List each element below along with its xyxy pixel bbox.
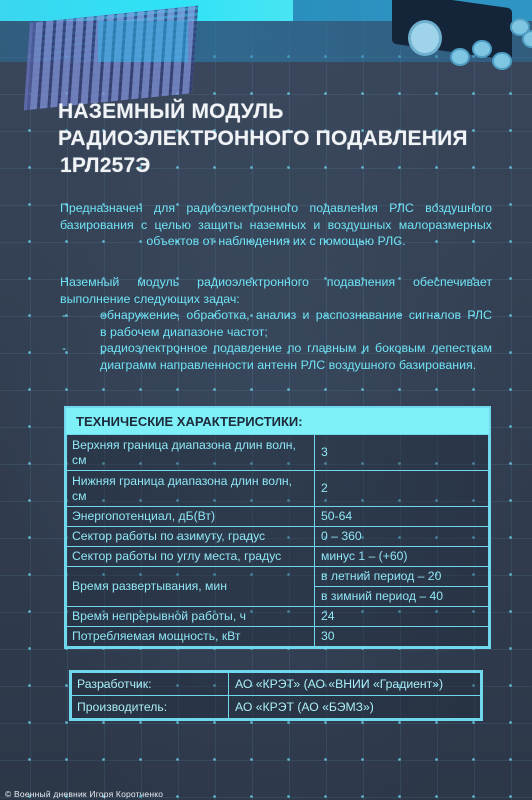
spec-label: Сектор работы по азимуту, градус <box>67 527 315 547</box>
spec-value: 3 <box>315 435 489 471</box>
table-row: Производитель: АО «КРЭТ (АО «БЭМЗ») <box>72 696 481 719</box>
table-row: Сектор работы по углу места, градус мину… <box>67 547 489 567</box>
organizations-table: Разработчик: АО «КРЭТ» (АО «ВНИИ «Градие… <box>69 670 483 721</box>
spec-value: 50-64 <box>315 507 489 527</box>
spec-value: 24 <box>315 607 489 627</box>
spec-value: 30 <box>315 627 489 647</box>
page-title: НАЗЕМНЫЙ МОДУЛЬ РАДИОЭЛЕКТРОННОГО ПОДАВЛ… <box>58 98 468 179</box>
spec-value: 0 – 360 <box>315 527 489 547</box>
task-item: - обнаружение, обработка, анализ и распо… <box>60 307 492 340</box>
task-item: - радиоэлектронное подавление по главным… <box>60 340 492 373</box>
description-paragraph: Предназначен для радиоэлектронного подав… <box>60 200 492 250</box>
specifications-table: ТЕХНИЧЕСКИЕ ХАРАКТЕРИСТИКИ: Верхняя гран… <box>64 406 491 649</box>
table-row: Сектор работы по азимуту, градус 0 – 360 <box>67 527 489 547</box>
org-label: Производитель: <box>72 696 229 719</box>
spec-label: Нижняя граница диапазона длин волн, см <box>67 471 315 507</box>
spec-label: Верхняя граница диапазона длин волн, см <box>67 435 315 471</box>
org-value: АО «КРЭТ» (АО «ВНИИ «Градиент») <box>229 673 481 696</box>
spec-label: Время непрерывной работы, ч <box>67 607 315 627</box>
tasks-intro-line: Наземный модуль радиоэлектронного подавл… <box>60 274 492 291</box>
spec-label: Время развертывания, мин <box>67 567 315 607</box>
table-row: Энергопотенциал, дБ(Вт) 50-64 <box>67 507 489 527</box>
task-item-line: обнаружение, обработка, анализ и распозн… <box>100 307 492 324</box>
spec-value: 2 <box>315 471 489 507</box>
spec-label: Сектор работы по углу места, градус <box>67 547 315 567</box>
table-row: Нижняя граница диапазона длин волн, см 2 <box>67 471 489 507</box>
table-row: Потребляемая мощность, кВт 30 <box>67 627 489 647</box>
org-label: Разработчик: <box>72 673 229 696</box>
org-value: АО «КРЭТ (АО «БЭМЗ») <box>229 696 481 719</box>
spec-label: Энергопотенциал, дБ(Вт) <box>67 507 315 527</box>
title-line-2: РАДИОЭЛЕКТРОННОГО ПОДАВЛЕНИЯ <box>58 125 468 152</box>
organizations-grid: Разработчик: АО «КРЭТ» (АО «ВНИИ «Градие… <box>71 672 481 719</box>
spec-value-summer: в летний период – 20 <box>315 567 489 587</box>
table-row: Верхняя граница диапазона длин волн, см … <box>67 435 489 471</box>
tasks-intro-line: выполнение следующих задач: <box>60 291 492 308</box>
table-row: Время развертывания, мин в летний период… <box>67 567 489 587</box>
spec-label: Потребляемая мощность, кВт <box>67 627 315 647</box>
watermark-text: Военный дневник Игоря Коротченко <box>14 789 163 799</box>
bullet-dash: - <box>62 307 66 324</box>
title-model-code: 1РЛ257Э <box>58 152 468 179</box>
copyright-icon: © <box>5 789 11 799</box>
description-line: объектов от наблюдения их с помощью РЛС. <box>60 233 492 250</box>
task-item-line: в рабочем диапазоне частот; <box>100 324 492 341</box>
table-row: Время непрерывной работы, ч 24 <box>67 607 489 627</box>
description-line: базирования с целью защиты наземных и во… <box>60 217 492 234</box>
title-line-1: НАЗЕМНЫЙ МОДУЛЬ <box>58 98 468 125</box>
specifications-header: ТЕХНИЧЕСКИЕ ХАРАКТЕРИСТИКИ: <box>66 408 489 434</box>
task-item-line: диаграмм направленности антенн РЛС возду… <box>100 357 492 374</box>
task-item-line: радиоэлектронное подавление по главным и… <box>100 340 492 357</box>
description-line: Предназначен для радиоэлектронного подав… <box>60 200 492 217</box>
table-row: Разработчик: АО «КРЭТ» (АО «ВНИИ «Градие… <box>72 673 481 696</box>
specifications-grid: Верхняя граница диапазона длин волн, см … <box>66 434 489 647</box>
spec-value-winter: в зимний период – 40 <box>315 587 489 607</box>
tasks-paragraph: Наземный модуль радиоэлектронного подавл… <box>60 274 492 373</box>
bullet-dash: - <box>62 340 66 357</box>
watermark: © Военный дневник Игоря Коротченко <box>5 789 163 799</box>
spec-value: минус 1 – (+60) <box>315 547 489 567</box>
poster-content: НАЗЕМНЫЙ МОДУЛЬ РАДИОЭЛЕКТРОННОГО ПОДАВЛ… <box>0 0 532 800</box>
